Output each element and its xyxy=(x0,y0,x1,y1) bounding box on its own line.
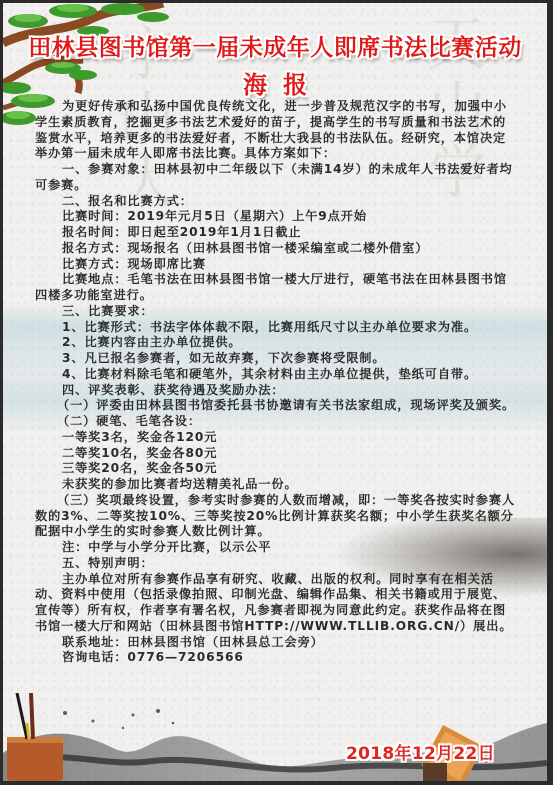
poster-subtitle: 海报 xyxy=(3,65,547,100)
section-2-heading: 二、报名和比赛方式： xyxy=(35,194,519,210)
requirement-2: 2、比赛内容由主办单位提供。 xyxy=(35,335,519,351)
requirement-1: 1、比赛形式：书法字体体裁不限，比赛用纸尺寸以主办单位要求为准。 xyxy=(35,320,519,336)
poster-body: 为更好传承和弘扬中国优良传统文化，进一步普及规范汉字的书写，加强中小学生素质教育… xyxy=(35,99,519,666)
section-1-participants: 一、参赛对象：田林县初中二年级以下（未满14岁）的未成年人书法爱好者均可参赛。 xyxy=(35,162,519,194)
contest-method: 比赛方式：现场即席比赛 xyxy=(35,257,519,273)
section-4-heading: 四、评奖表彰、获奖待遇及奖励办法： xyxy=(35,383,519,399)
judging-note: （一）评委由田林县图书馆委托县书协邀请有关书法家组成，现场评奖及颁奖。 xyxy=(35,398,519,414)
special-statement: 主办单位对所有参赛作品享有研究、收藏、出版的权利。同时享有在相关活动、资料中使用… xyxy=(35,572,519,635)
first-prize: 一等奖3名，奖金各120元 xyxy=(35,430,519,446)
ink-wash-decoration xyxy=(3,693,547,781)
poster-title: 田林县图书馆第一届未成年人即席书法比赛活动 xyxy=(3,29,547,62)
brush-pot-icon xyxy=(7,693,63,781)
poster-date: 2018年12月22日 xyxy=(346,739,495,764)
contest-location: 比赛地点：毛笔书法在田林县图书馆一楼大厅进行，硬笔书法在田林县图书馆四楼多功能室… xyxy=(35,272,519,304)
second-prize: 二等奖10名，奖金各80元 xyxy=(35,446,519,462)
contact-address: 联系地址：田林县图书馆（田林县总工会旁） xyxy=(35,635,519,651)
poster: 字山大 天山学 田林县图书馆第一届未成年人即席书法比赛活动 海 xyxy=(3,3,547,781)
participation-gift: 未获奖的参加比赛者均送精美礼品一份。 xyxy=(35,477,519,493)
requirement-4: 4、比赛材料除毛笔和硬笔外，其余材料由主办单位提供，垫纸可自带。 xyxy=(35,367,519,383)
fairness-note: 注：中学与小学分开比赛，以示公平 xyxy=(35,540,519,556)
intro-paragraph: 为更好传承和弘扬中国优良传统文化，进一步普及规范汉字的书写，加强中小学生素质教育… xyxy=(35,99,519,162)
contest-time: 比赛时间：2019年元月5日（星期六）上午9点开始 xyxy=(35,209,519,225)
requirement-3: 3、凡已报名参赛者，如无故弃赛，下次参赛将受限制。 xyxy=(35,351,519,367)
contact-phone: 咨询电话：0776—7206566 xyxy=(35,650,519,666)
awards-heading: （二）硬笔、毛笔各设： xyxy=(35,414,519,430)
third-prize: 三等奖20名，奖金各50元 xyxy=(35,461,519,477)
award-adjustment: （三）奖项最终设置，参考实时参赛的人数而增减，即：一等奖各按实时参赛人数的3%、… xyxy=(35,493,519,540)
signup-time: 报名时间：即日起至2019年1月1日截止 xyxy=(35,225,519,241)
section-3-heading: 三、比赛要求： xyxy=(35,304,519,320)
section-5-heading: 五、特别声明： xyxy=(35,556,519,572)
signup-method: 报名方式：现场报名（田林县图书馆一楼采编室或二楼外借室） xyxy=(35,241,519,257)
